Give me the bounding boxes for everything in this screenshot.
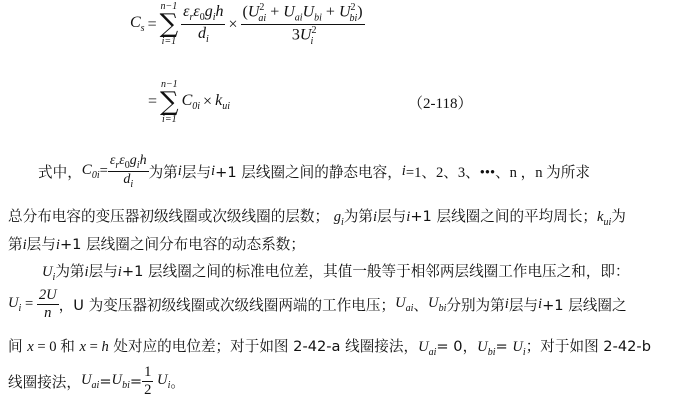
ui-symbol: Ui	[153, 372, 170, 391]
text: 层与	[509, 294, 538, 315]
fraction-denominator: di	[121, 172, 135, 190]
uai-symbol: Uai	[418, 339, 436, 355]
paragraph-1-line-1: 式中， C0i = εrε0gih di 为第i层与i+1 层线圈之间的静态电容…	[38, 153, 590, 191]
paragraph-1-line-3: 第i层与i+1 层线圈之间分布电容的动态系数；	[8, 233, 305, 254]
paragraph-2-line-3: 间 x = 0 和 x = h 处对应的电位差；对于如图 2-42-a 线圈接法…	[8, 335, 651, 358]
paragraph-2-line-4: 线圈接法， Uai= Ubi= 1 2 Ui。	[8, 364, 185, 399]
text: 。	[170, 371, 185, 392]
fraction-voltage: (U2ai + UaiUbi + U2bi) 3U2i	[241, 2, 365, 47]
lhs-symbol: Cs	[130, 14, 145, 34]
text: +1 层线圈之间的标准电位差，其值一般等于相邻两层线圈工作电压之和，即：	[122, 263, 630, 280]
text: +1 层线圈之	[542, 294, 627, 315]
summation: n−1 ∑ i=1	[160, 2, 179, 47]
text: 层与	[89, 263, 118, 280]
text: 层与	[27, 236, 56, 253]
times-sign: ×	[203, 93, 212, 111]
uai-symbol: Uai	[81, 372, 99, 391]
separator: 、	[413, 294, 428, 315]
text: 间	[8, 338, 27, 355]
c0i-fraction: εrε0gih di	[108, 153, 149, 191]
half-fraction: 1 2	[142, 364, 153, 399]
fraction-denominator: n	[42, 305, 53, 322]
ubi-symbol: Ubi	[112, 372, 130, 391]
fraction-numerator: εrε0gih	[181, 3, 225, 25]
uai-symbol: Uai	[395, 295, 413, 314]
sum-lower-limit: i=1	[162, 37, 177, 47]
h-symbol: h	[101, 339, 108, 355]
text: 为	[611, 208, 626, 225]
text: 层与	[182, 161, 211, 182]
fraction-numerator: 2U	[37, 287, 59, 305]
equation-line-2: = n−1 ∑ i=1 C0i × kui	[148, 80, 230, 125]
fraction-denominator: 3U2i	[290, 25, 315, 47]
sigma-icon: ∑	[160, 12, 179, 37]
text: =	[99, 373, 111, 390]
enumeration-text: =1、2、3、•••、n ，n 为所求	[406, 161, 590, 182]
summation: n−1 ∑ i=1	[160, 80, 179, 125]
text: 第	[8, 236, 23, 253]
sigma-icon: ∑	[160, 90, 179, 115]
ui-symbol: Ui	[8, 295, 21, 314]
text: 分别为第	[446, 294, 504, 315]
equals-sign: =	[148, 93, 157, 111]
fraction-denominator: di	[196, 25, 211, 46]
equals-sign: =	[21, 296, 37, 313]
paragraph-2-line-2: Ui = 2U n ，U 为变压器初级线圈或次级线圈两端的工作电压；Uai、Ub…	[8, 287, 627, 322]
fraction-numerator: εrε0gih	[108, 153, 149, 172]
text: =	[496, 338, 513, 355]
text: 和	[60, 338, 79, 355]
text: = 0	[34, 339, 60, 355]
text: 线圈接法，	[8, 371, 81, 392]
text: =	[130, 373, 142, 390]
equals-sign: =	[100, 163, 108, 180]
ui-fraction: 2U n	[37, 287, 59, 322]
fraction-permittivity: εrε0gih di	[181, 3, 225, 45]
times-sign: ×	[228, 16, 237, 34]
fraction-numerator: 1	[142, 364, 153, 381]
text: +1 层线圈之间的平均周长；	[410, 208, 597, 225]
sum-lower-limit: i=1	[162, 115, 177, 125]
text: +1 层线圈之间的静态电容，	[215, 161, 402, 182]
equals-sign: =	[148, 16, 157, 34]
text: 层与	[377, 208, 406, 225]
text: ；对于如图 2-42-b	[526, 338, 651, 355]
kui-term: kui	[215, 92, 230, 112]
fraction-denominator: 2	[142, 381, 153, 399]
paragraph-1-line-2: 总分布电容的变压器初级线圈或次级线圈的层数； gi为第i层与i+1 层线圈之间的…	[8, 205, 626, 228]
text: 处对应的电位差；对于如图 2-42-a 线圈接法，	[109, 338, 418, 355]
text: +1 层线圈之间分布电容的动态系数；	[60, 236, 305, 253]
text: ，U 为变压器初级线圈或次级线圈两端的工作电压；	[59, 294, 395, 315]
gi-symbol: gi	[334, 209, 344, 225]
ui-symbol: Ui	[42, 264, 55, 280]
c0i-symbol: C0i	[82, 162, 100, 181]
text: = 0，	[436, 338, 477, 355]
equation-number: （2-118）	[408, 92, 472, 113]
ubi-symbol: Ubi	[428, 295, 446, 314]
text: 为第	[344, 208, 373, 225]
equation-line-1: Cs = n−1 ∑ i=1 εrε0gih di × (U2ai + UaiU…	[130, 2, 365, 47]
c0i-term: C0i	[182, 92, 200, 112]
kui-symbol: kui	[597, 209, 611, 225]
equals-sign: =	[86, 339, 102, 355]
paragraph-2-line-1: Ui为第i层与i+1 层线圈之间的标准电位差，其值一般等于相邻两层线圈工作电压之…	[42, 260, 630, 283]
ui-symbol: Ui	[512, 339, 525, 355]
lead-text: 式中，	[38, 161, 82, 182]
text: 为第	[55, 263, 84, 280]
fraction-numerator: (U2ai + UaiUbi + U2bi)	[241, 2, 365, 25]
text: 总分布电容的变压器初级线圈或次级线圈的层数；	[8, 208, 329, 225]
text: 为第	[149, 161, 178, 182]
ubi-symbol: Ubi	[477, 339, 495, 355]
